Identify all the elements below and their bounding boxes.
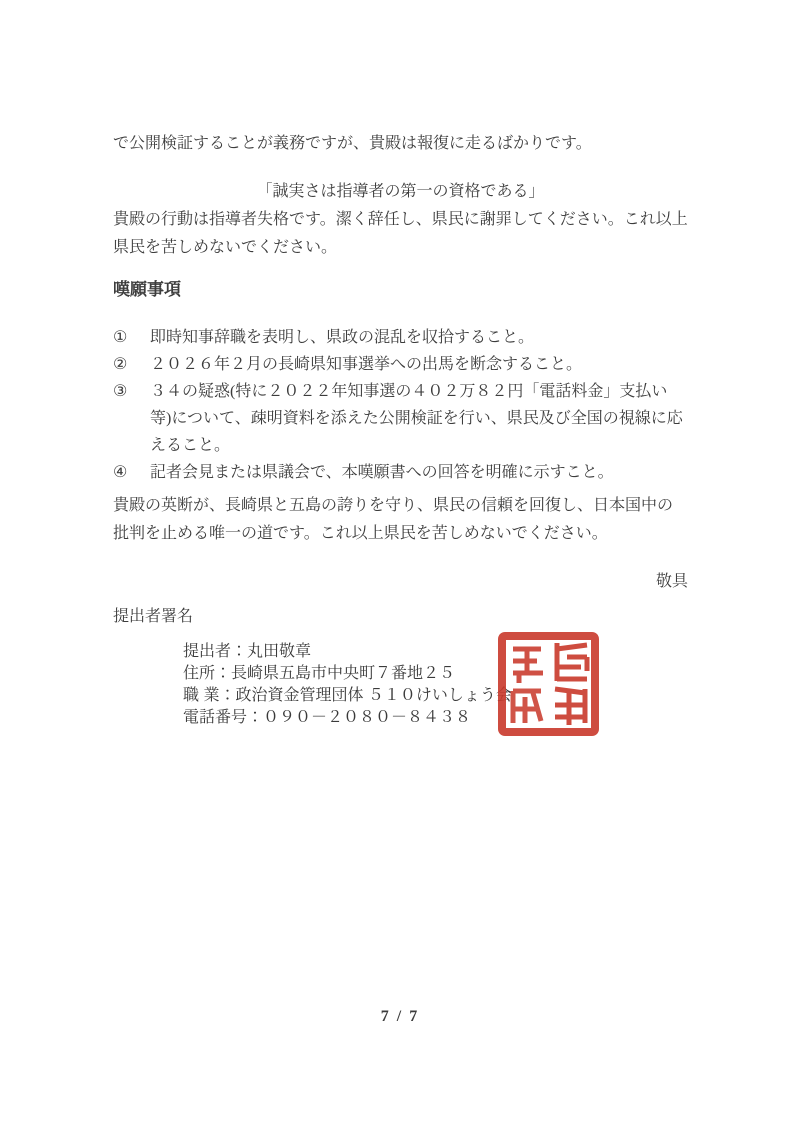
petition-item-4: ④ 記者会見または県議会で、本嘆願書への回答を明確に示すこと。 xyxy=(113,459,688,486)
petition-item-3: ③ ３４の疑惑(特に２０２２年知事選の４０２万８２円「電話料金」支払い等)につい… xyxy=(113,378,688,459)
document-body: で公開検証することが義務ですが、貴殿は報復に走るばかりです。 「誠実さは指導者の… xyxy=(113,130,688,729)
item-text: ２０２６年２月の長崎県知事選挙への出馬を断念すること。 xyxy=(150,356,582,373)
item-text: ３４の疑惑(特に２０２２年知事選の４０２万８２円「電話料金」支払い等)について、… xyxy=(150,383,683,454)
closing-paragraph: 貴殿の英断が、長崎県と五島の誇りを守り、県民の信頼を回復し、日本国中の批判を止め… xyxy=(113,492,688,548)
item-marker: ② xyxy=(113,351,127,378)
item-text: 即時知事辞職を表明し、県政の混乱を収拾すること。 xyxy=(150,329,534,346)
submitter-address-line: 住所：長崎県五島市中央町７番地２５ xyxy=(183,663,688,685)
leadership-quote: 「誠実さは指導者の第一の資格である」 xyxy=(113,178,688,206)
petition-item-1: ① 即時知事辞職を表明し、県政の混乱を収拾すること。 xyxy=(113,324,688,351)
page-number: 7 / 7 xyxy=(0,1008,800,1026)
item-marker: ① xyxy=(113,324,127,351)
item-text: 記者会見または県議会で、本嘆願書への回答を明確に示すこと。 xyxy=(150,464,614,481)
submitter-block: 提出者：丸田敬章 住所：長崎県五島市中央町７番地２５ 職 業：政治資金管理団体 … xyxy=(183,641,688,729)
signature-caption: 提出者署名 xyxy=(113,603,688,631)
submitter-name-line: 提出者：丸田敬章 xyxy=(183,641,688,663)
petition-item-2: ② ２０２６年２月の長崎県知事選挙への出馬を断念すること。 xyxy=(113,351,688,378)
petition-heading: 嘆願事項 xyxy=(113,276,688,304)
item-marker: ③ xyxy=(113,378,127,405)
closing-salutation: 敬具 xyxy=(113,568,688,596)
red-hanko-seal-icon xyxy=(497,631,600,737)
petition-list: ① 即時知事辞職を表明し、県政の混乱を収拾すること。 ② ２０２６年２月の長崎県… xyxy=(113,324,688,486)
submitter-occupation-line: 職 業：政治資金管理団体 ５１０けいしょう会 xyxy=(183,685,688,707)
item-marker: ④ xyxy=(113,459,127,486)
document-page: で公開検証することが義務ですが、貴殿は報復に走るばかりです。 「誠実さは指導者の… xyxy=(0,0,800,1131)
submitter-phone-line: 電話番号：０９０－２０８０－８４３８ xyxy=(183,707,688,729)
intro-paragraph: で公開検証することが義務ですが、貴殿は報復に走るばかりです。 xyxy=(113,130,688,158)
quote-followup-paragraph: 貴殿の行動は指導者失格です。潔く辞任し、県民に謝罪してください。これ以上県民を苦… xyxy=(113,206,688,262)
